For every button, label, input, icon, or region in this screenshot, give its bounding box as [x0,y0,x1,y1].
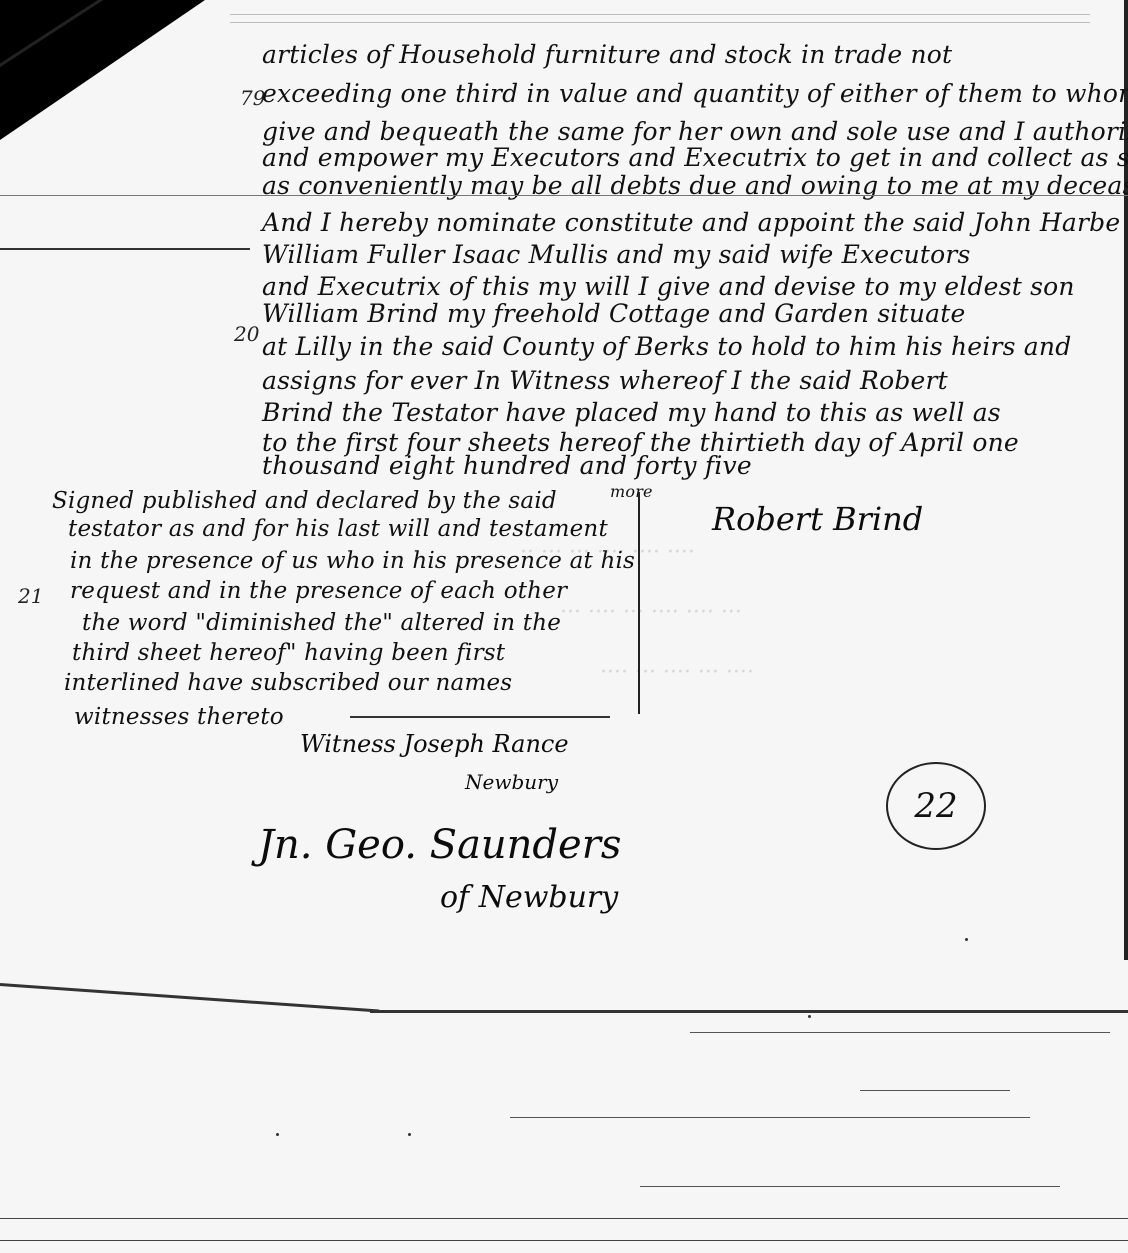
witness-signature: Witness Joseph Rance [300,730,569,758]
attestation-line: Signed published and declared by the sai… [52,488,557,514]
manuscript-page: ·· ··· ··· ···· ···· ···· ··· ···· ··· ·… [0,0,1128,1253]
witness-place: Newbury [465,770,558,794]
attestation-line: request and in the presence of each othe… [70,578,567,604]
body-line: give and bequeath the same for her own a… [262,117,1128,146]
folded-corner [0,0,205,140]
folio-number: 22 [886,762,986,850]
witness-signature: Jn. Geo. Saunders [258,822,621,868]
attestation-line: witnesses thereto [74,704,284,730]
body-line: Brind the Testator have placed my hand t… [262,398,1001,427]
body-line: and Executrix of this my will I give and… [262,272,1075,301]
attestation-line: testator as and for his last will and te… [68,516,608,542]
body-line: William Fuller Isaac Mullis and my said … [262,240,971,269]
body-line: at Lilly in the said County of Berks to … [262,332,1071,361]
margin-number: 21 [18,584,43,608]
body-line: and empower my Executors and Executrix t… [262,143,1128,172]
attestation-line: the word "diminished the" altered in the [82,610,561,636]
body-line: articles of Household furniture and stoc… [262,40,952,69]
witness-place: of Newbury [440,880,618,915]
attestation-line: third sheet hereof" having been first [72,640,505,666]
attestation-bracket [628,492,640,714]
body-line: thousand eight hundred and forty five [262,451,752,480]
margin-number: 20 [234,322,259,346]
body-line: exceeding one third in value and quantit… [262,79,1128,108]
body-line: William Brind my freehold Cottage and Ga… [262,299,966,328]
attestation-line: in the presence of us who in his presenc… [70,548,635,574]
body-line: And I hereby nominate constitute and app… [262,208,1128,237]
testator-signature: Robert Brind [712,500,923,538]
attestation-line: interlined have subscribed our names [64,670,512,696]
body-line: assigns for ever In Witness whereof I th… [262,366,948,395]
